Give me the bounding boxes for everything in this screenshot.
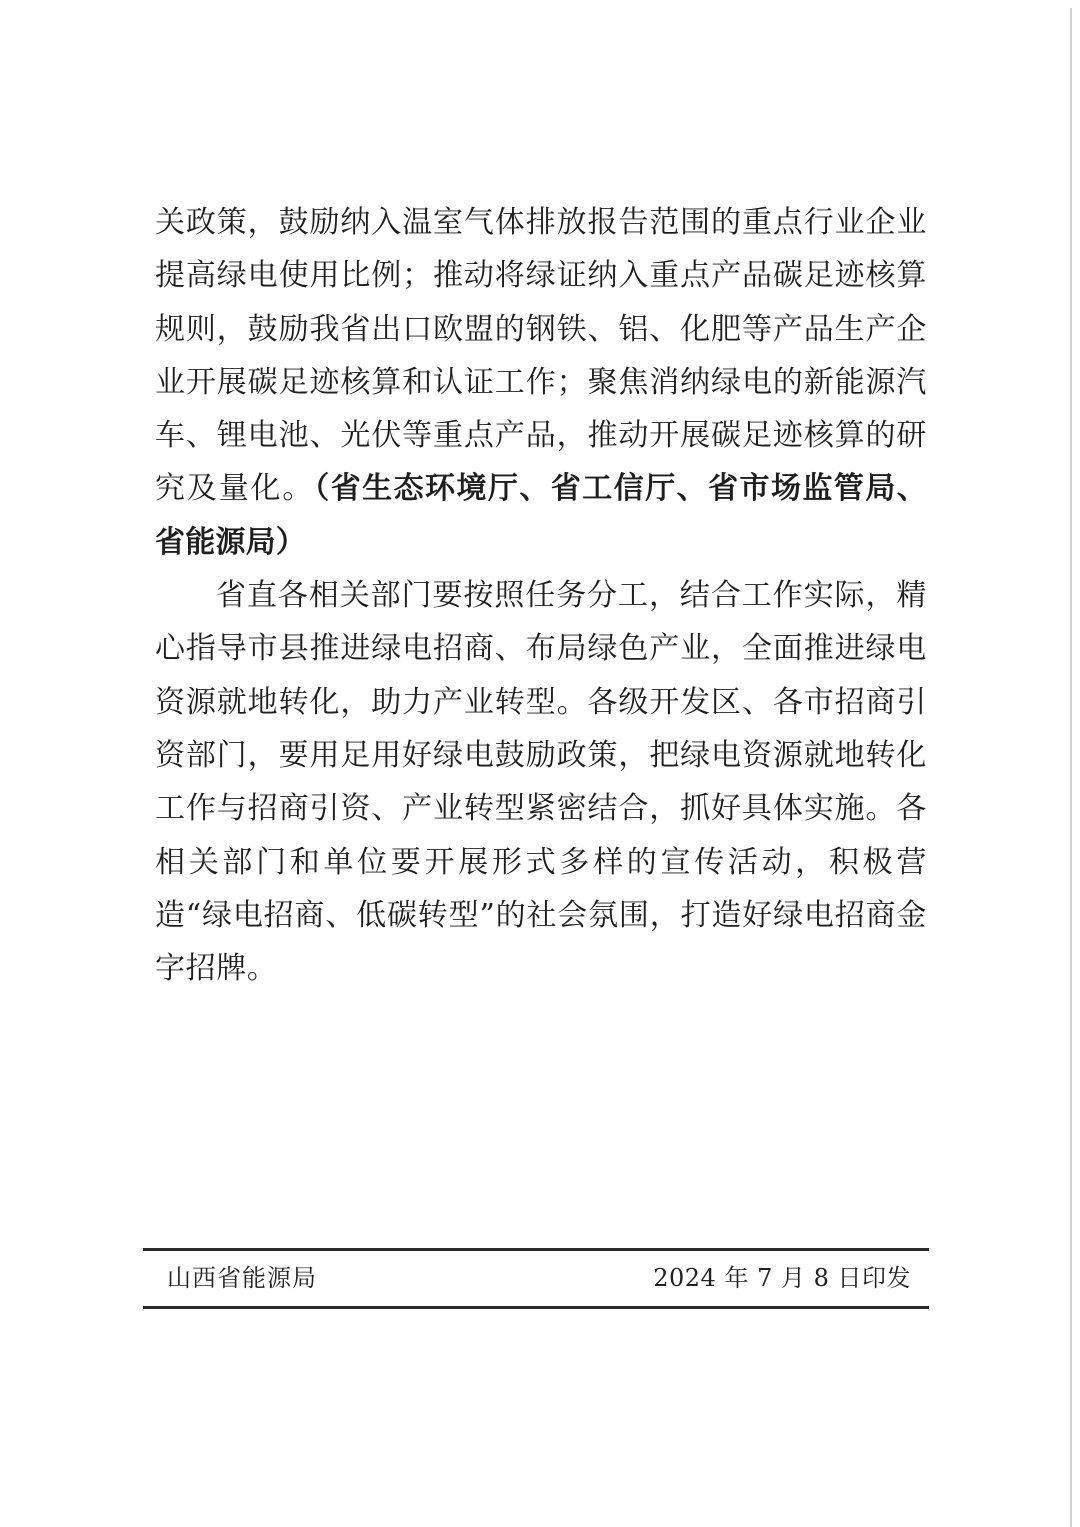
paragraph-text: 关政策，鼓励纳入温室气体排放报告范围的重点行业企业提高绿电使用比例；推动将绿证纳… [155,205,927,506]
footer-top-rule [143,1248,929,1251]
paragraph-implementation: 省直各相关部门要按照任务分工，结合工作实际，精心指导市县推进绿电招商、布局绿色产… [155,569,927,995]
page-edge-line [1070,8,1072,1527]
issuance-footer: 山西省能源局 2024 年 7 月 8 日印发 [143,1248,929,1309]
issuer-name: 山西省能源局 [167,1264,317,1292]
footer-bottom-rule [143,1306,929,1309]
issue-date: 2024 年 7 月 8 日印发 [653,1264,911,1292]
paragraph-text: 省直各相关部门要按照任务分工，结合工作实际，精心指导市县推进绿电招商、布局绿色产… [155,578,927,986]
paragraph-carbon-footprint: 关政策，鼓励纳入温室气体排放报告范围的重点行业企业提高绿电使用比例；推动将绿证纳… [155,196,927,569]
document-body: 关政策，鼓励纳入温室气体排放报告范围的重点行业企业提高绿电使用比例；推动将绿证纳… [155,196,927,995]
